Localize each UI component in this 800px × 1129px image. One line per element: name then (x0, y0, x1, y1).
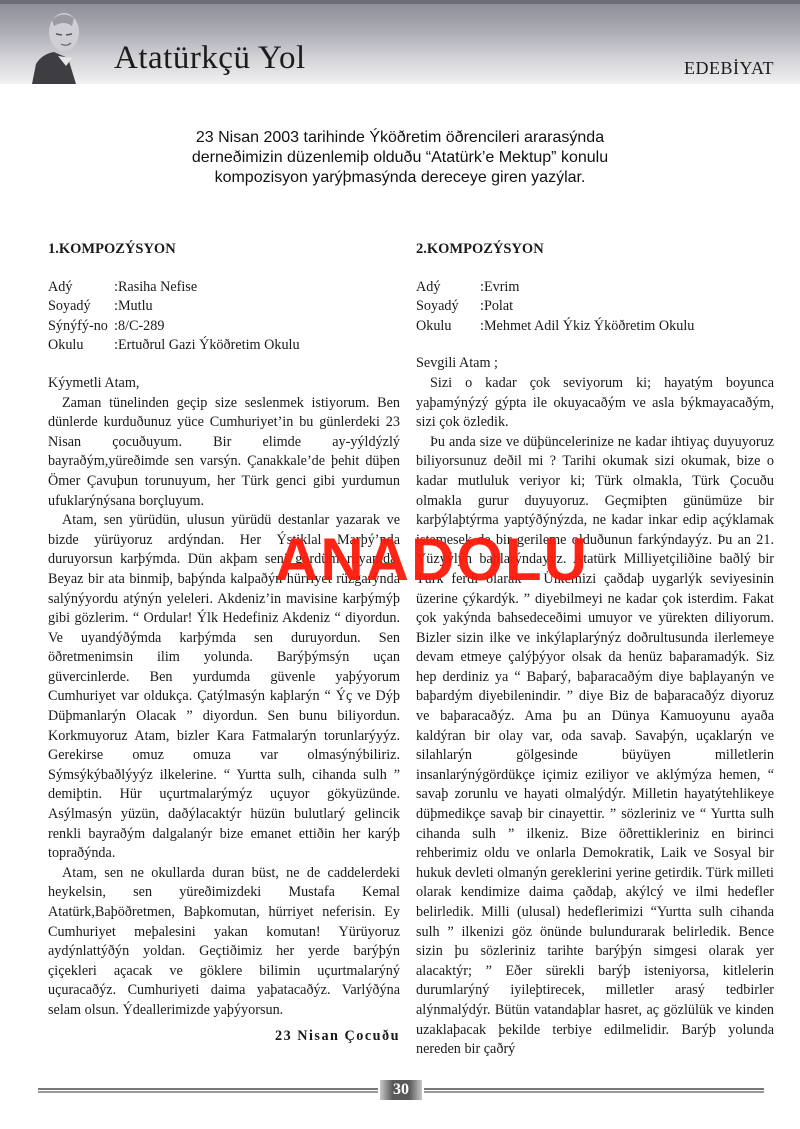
section-label: EDEBİYAT (684, 58, 774, 79)
info-key: Sýnýfý-no (48, 317, 114, 337)
info-key: Okulu (416, 317, 480, 337)
info-row-school: Okulu :Mehmet Adil Ýkiz Ýköðretim Okulu (416, 317, 774, 337)
portrait-icon (28, 8, 94, 84)
watermark: ANADOLU (275, 530, 589, 590)
info-value: :Polat (480, 297, 513, 317)
composition-1-heading: 1.KOMPOZÝSYON (48, 240, 400, 260)
composition-1-info: Adý :Rasiha Nefise Soyadý :Mutlu Sýnýfý-… (48, 278, 400, 356)
info-key: Adý (416, 278, 480, 298)
composition-1-greeting: Kýymetli Atam, (48, 374, 400, 394)
info-row-class: Sýnýfý-no :8/C-289 (48, 317, 400, 337)
info-key: Soyadý (48, 297, 114, 317)
info-row-surname: Soyadý :Mutlu (48, 297, 400, 317)
paragraph: Sizi o kadar çok seviyorum ki; hayatým b… (416, 374, 774, 433)
info-row-school: Okulu :Ertuðrul Gazi Ýköðretim Okulu (48, 336, 400, 356)
paragraph: Atam, sen ne okullarda duran büst, ne de… (48, 864, 400, 1021)
info-row-surname: Soyadý :Polat (416, 297, 774, 317)
magazine-title: Atatürkçü Yol (114, 40, 306, 77)
paragraph: Zaman tünelinden geçip size seslenmek is… (48, 394, 400, 512)
composition-1: 1.KOMPOZÝSYON Adý :Rasiha Nefise Soyadý … (48, 240, 400, 1046)
composition-1-signature: 23 Nisan Çocuðu (48, 1027, 400, 1047)
composition-2-info: Adý :Evrim Soyadý :Polat Okulu :Mehmet A… (416, 278, 774, 337)
composition-2-heading: 2.KOMPOZÝSYON (416, 240, 774, 260)
info-value: :Rasiha Nefise (114, 278, 197, 298)
info-row-name: Adý :Rasiha Nefise (48, 278, 400, 298)
info-value: :Mutlu (114, 297, 153, 317)
info-key: Okulu (48, 336, 114, 356)
composition-2: 2.KOMPOZÝSYON Adý :Evrim Soyadý :Polat O… (416, 240, 774, 1060)
info-value: :Evrim (480, 278, 519, 298)
page-number: 30 (380, 1080, 422, 1100)
info-value: :8/C-289 (114, 317, 164, 337)
banner-divider (0, 84, 800, 88)
info-value: :Mehmet Adil Ýkiz Ýköðretim Okulu (480, 317, 694, 337)
info-key: Soyadý (416, 297, 480, 317)
footer-rule-right (424, 1088, 764, 1093)
intro-text: 23 Nisan 2003 tarihinde Ýköðretim öðrenc… (150, 128, 650, 188)
info-value: :Ertuðrul Gazi Ýköðretim Okulu (114, 336, 300, 356)
composition-2-greeting: Sevgili Atam ; (416, 354, 774, 374)
info-row-name: Adý :Evrim (416, 278, 774, 298)
info-key: Adý (48, 278, 114, 298)
footer-rule-left (38, 1088, 378, 1093)
